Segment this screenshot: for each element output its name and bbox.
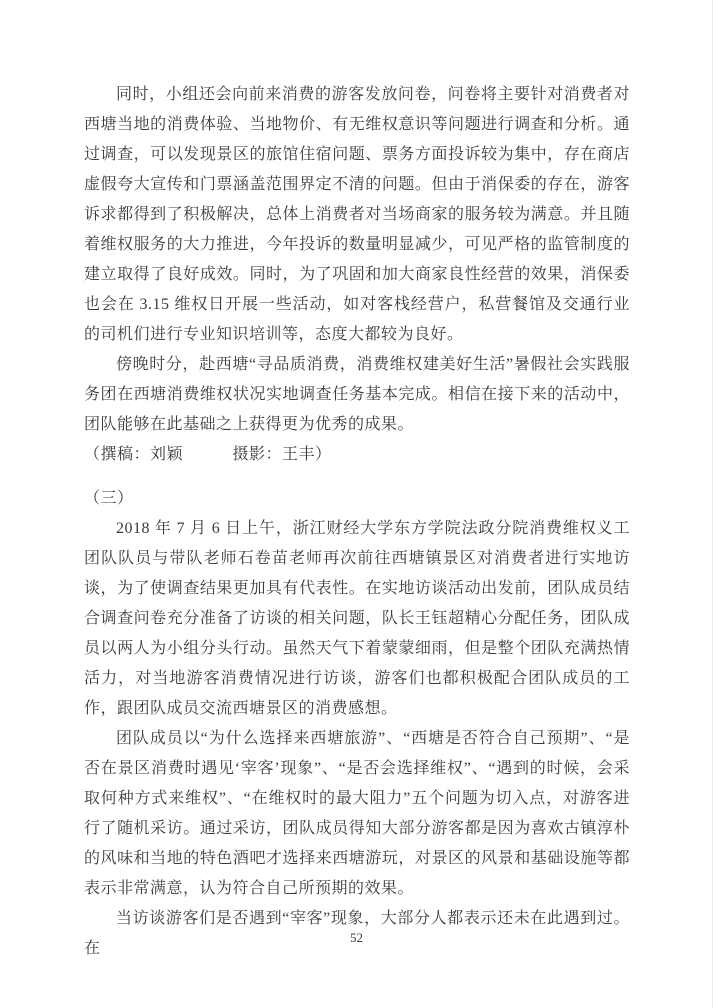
- paragraph-survey-findings: 同时，小组还会向前来消费的游客发放问卷，问卷将主要针对消费者对西塘当地的消费体验…: [84, 80, 630, 350]
- paragraph-five-questions: 团队成员以“为什么选择来西塘旅游”、“西塘是否符合自己预期”、“是否在景区消费时…: [84, 724, 630, 904]
- paragraph-evening-summary: 傍晚时分，赴西塘“寻品质消费，消费维权建美好生活”暑假社会实践服务团在西塘消费维…: [84, 350, 630, 440]
- paragraph-july6-interview: 2018 年 7 月 6 日上午，浙江财经大学东方学院法政分院消费维权义工团队队…: [84, 514, 630, 724]
- section-heading-three: （三）: [84, 484, 630, 514]
- page-number: 52: [0, 930, 713, 946]
- document-page: 同时，小组还会向前来消费的游客发放问卷，问卷将主要针对消费者对西塘当地的消费体验…: [0, 0, 713, 1008]
- byline-credits: （撰稿：刘颖 摄影：王丰）: [84, 440, 630, 470]
- page-content: 同时，小组还会向前来消费的游客发放问卷，问卷将主要针对消费者对西塘当地的消费体验…: [84, 80, 630, 964]
